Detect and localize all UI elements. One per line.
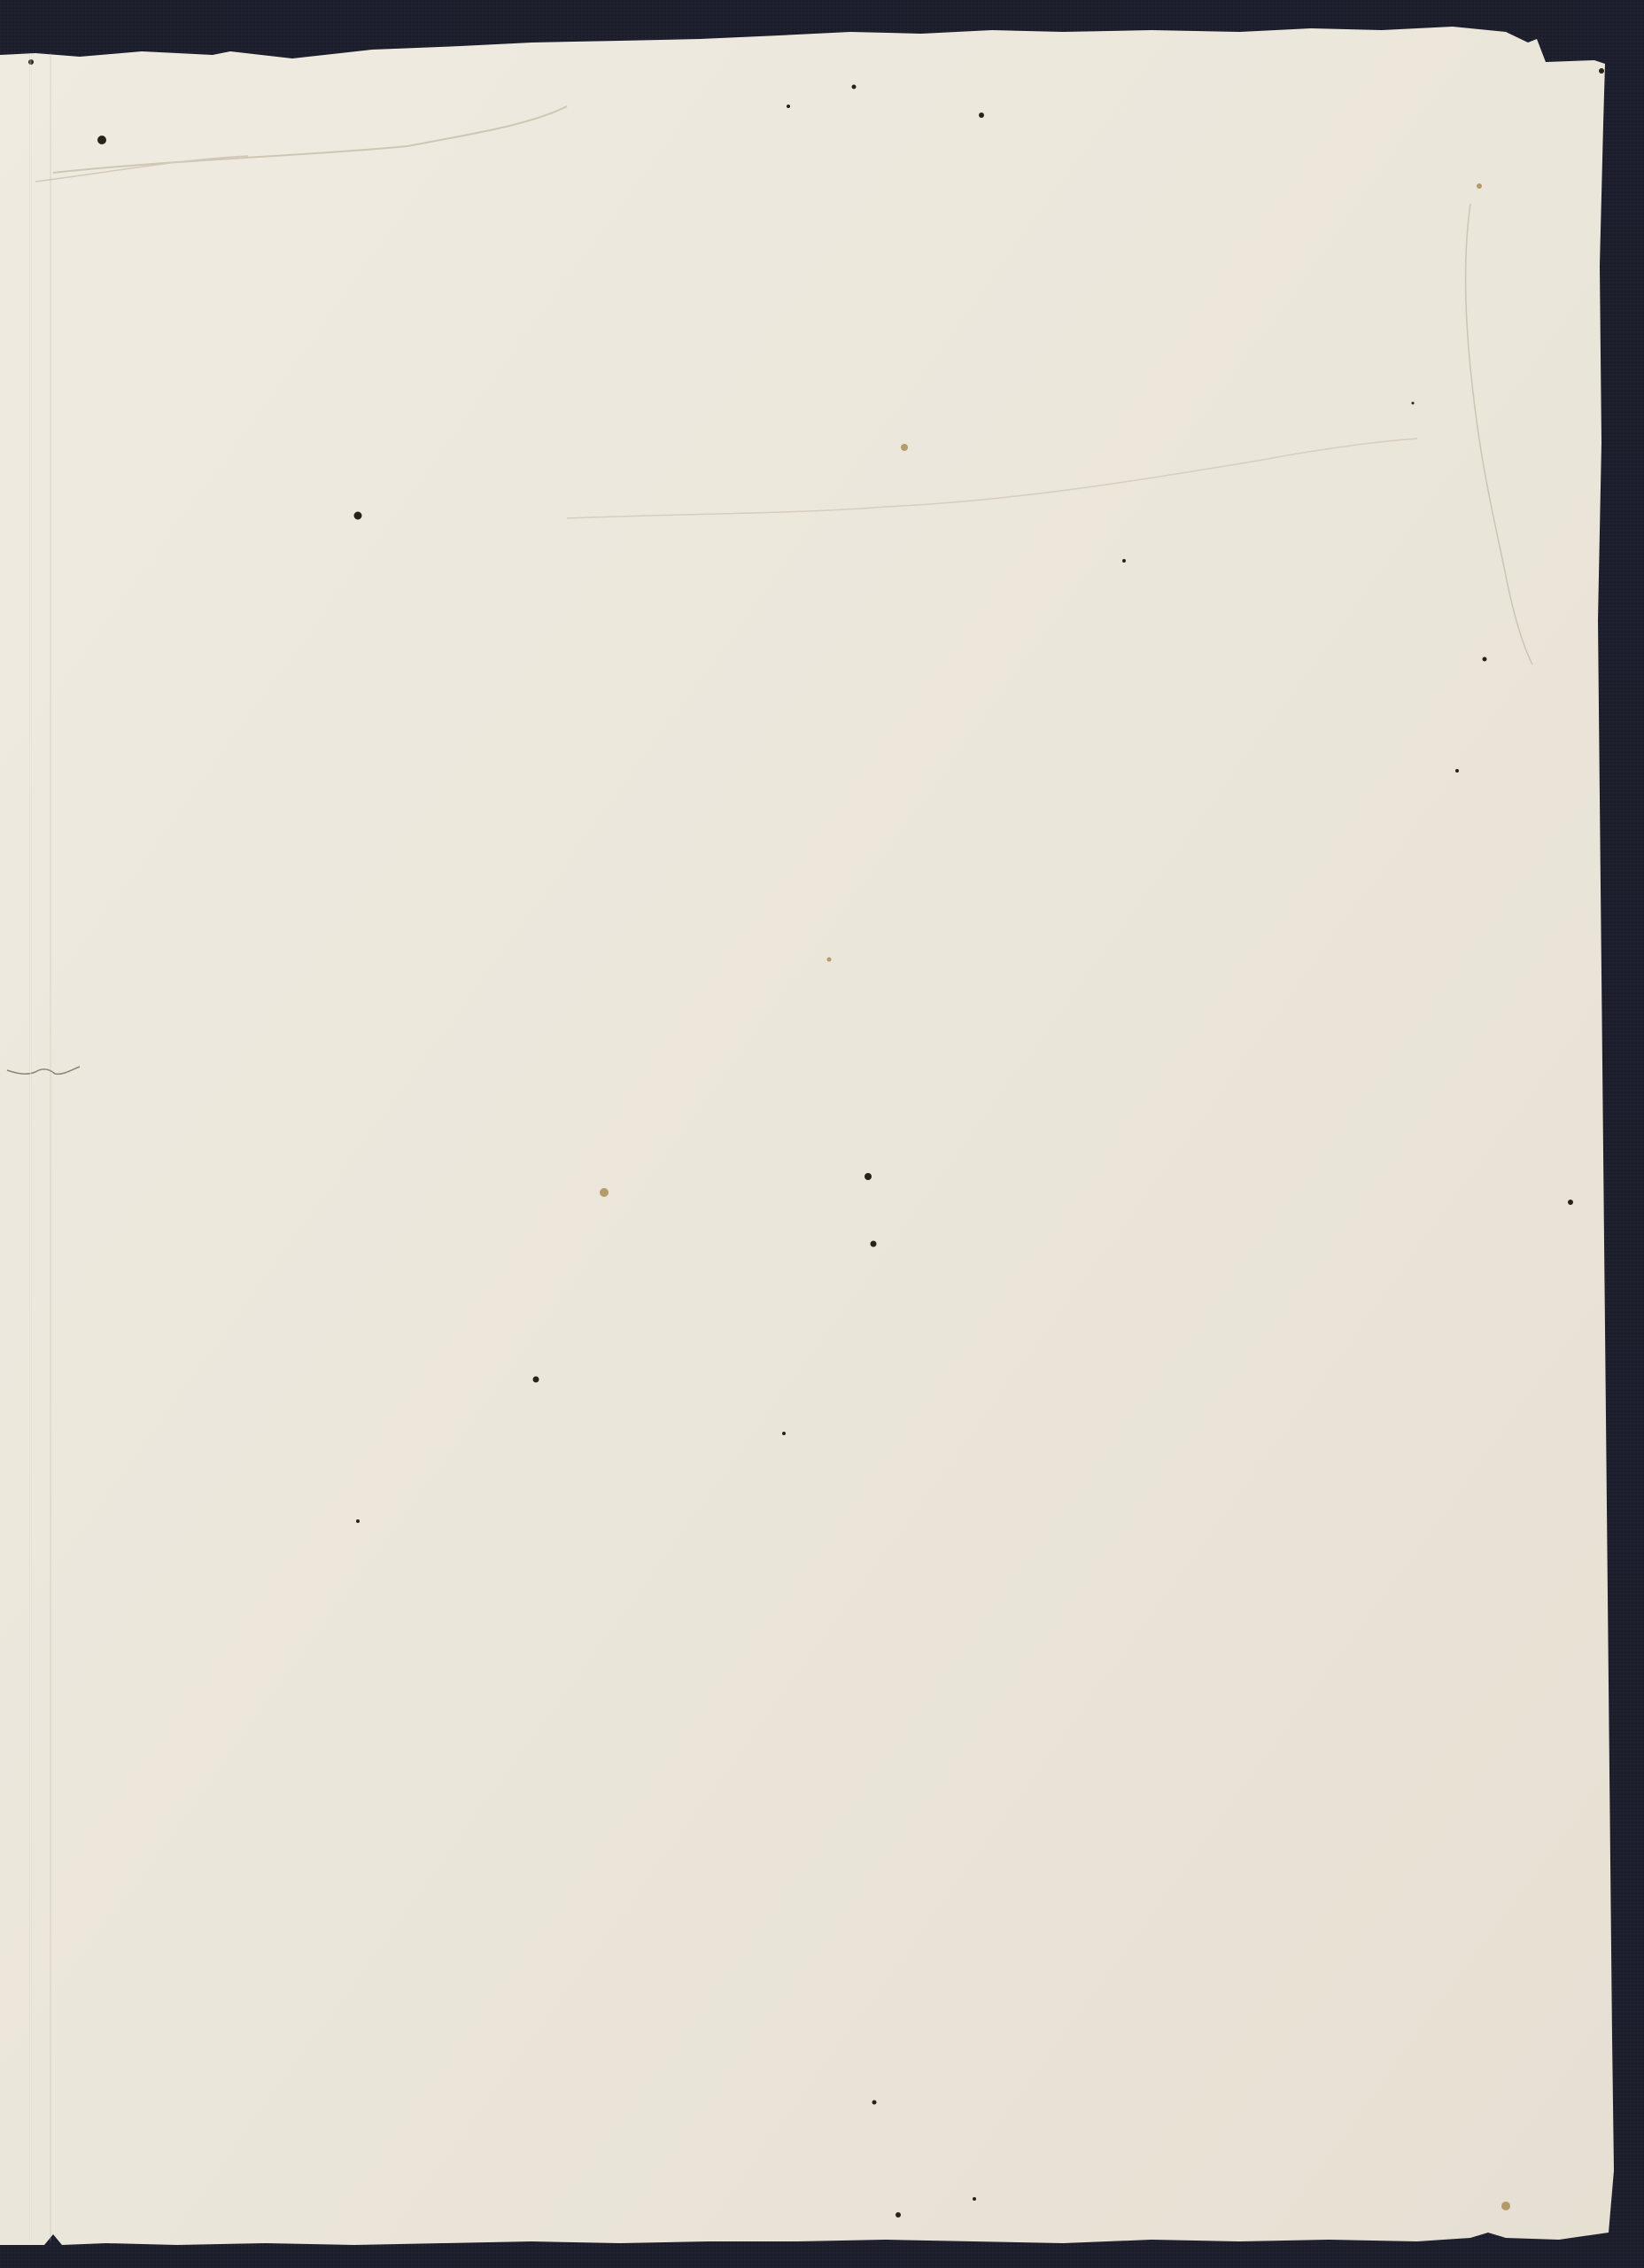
fold-line-secondary <box>50 53 51 2241</box>
paper-sheet-graphic <box>0 0 1644 2268</box>
fold-line <box>29 53 32 2241</box>
paper-body <box>0 27 1614 2245</box>
paper-sheet <box>0 0 1644 2268</box>
